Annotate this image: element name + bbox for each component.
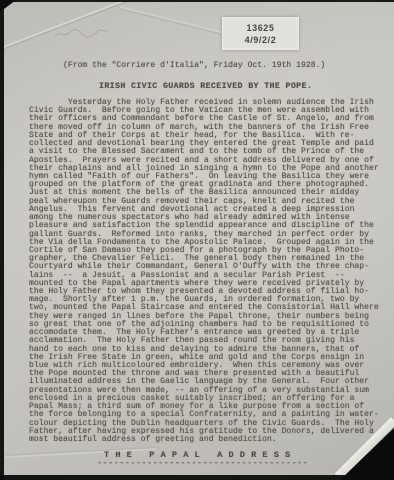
- source-line: (From the "Corriere d'Italia", Friday Oc…: [63, 61, 325, 70]
- stamp-reference: 4/9/2/2: [245, 34, 277, 46]
- article-title: IRISH CIVIC GUARDS RECEIVED BY THE POPE.: [99, 82, 312, 91]
- handwritten-mark: [52, 24, 108, 47]
- archive-stamp: 13625 4/9/2/2: [222, 17, 299, 50]
- paper-crease: [120, 6, 237, 36]
- footer-underline: --------------------------------------: [97, 458, 308, 468]
- photo-edge-left: [0, 0, 4, 480]
- article-body: Yesterday the Holy Father received in so…: [29, 99, 379, 444]
- scanned-document-page: 13625 4/9/2/2 (From the "Corriere d'Ital…: [0, 0, 394, 480]
- photo-edge-bottom: [0, 475, 394, 480]
- stamp-number: 13625: [246, 22, 274, 34]
- photo-edge-top: [0, 0, 394, 2]
